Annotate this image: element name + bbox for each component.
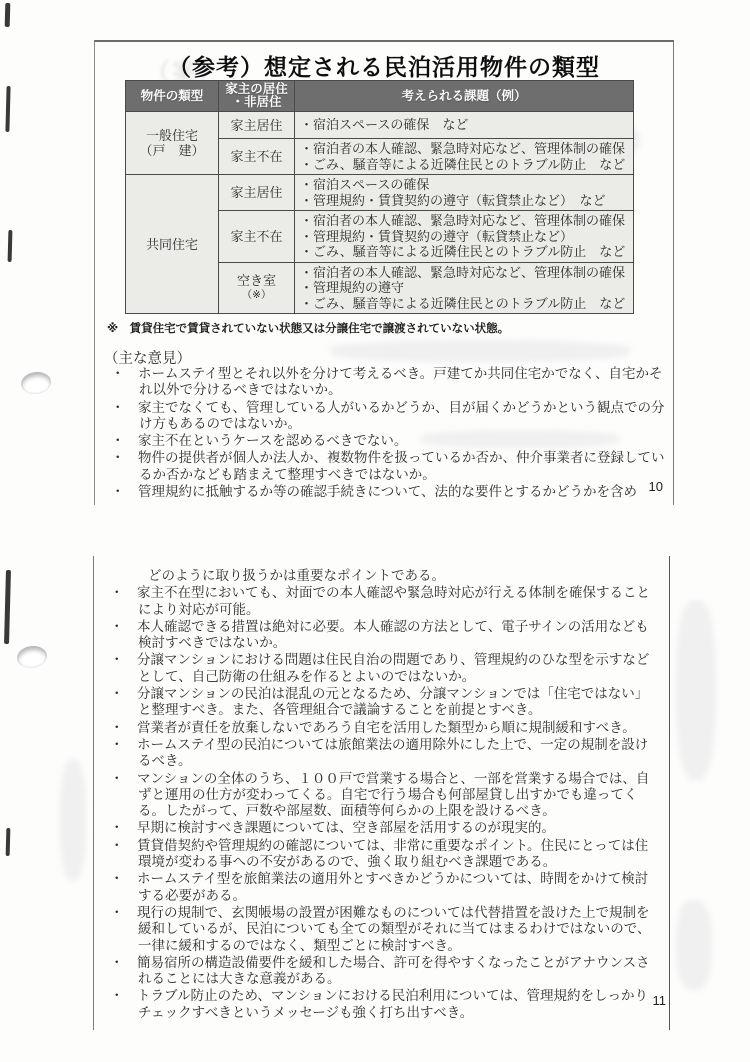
- bleedthrough-smudge: [60, 760, 86, 880]
- column-header: 物件の類型: [126, 81, 219, 112]
- table-footnote: ※ 賃貸住宅で賃貸されていない状態又は分譲住宅で譲渡されていない状態。: [107, 320, 509, 336]
- column-header: 家主の居住 ・非居住: [219, 81, 295, 112]
- category-cell: 一般住宅（戸 建）: [126, 112, 219, 175]
- scan-artifact: [4, 570, 11, 644]
- hole-punch: [20, 370, 53, 396]
- opinion-item: ・ トラブル防止のため、マンションにおける民泊利用については、管理規約をしっかり…: [110, 988, 659, 1021]
- opinion-item: ・ 家主不在型においても、対面での本人確認や緊急時対応が行える体制を確保すること…: [110, 585, 659, 618]
- bleedthrough-smudge: [676, 900, 712, 990]
- opinion-item: ・ 早期に検討すべき課題については、空き部屋を活用するのが現実的。: [110, 820, 659, 836]
- page-title: （参考）想定される民泊活用物件の類型: [95, 49, 673, 82]
- page-11: どのように取り扱うかは重要なポイントである。 ・ 家主不在型においても、対面での…: [93, 556, 670, 1030]
- opinion-item: ・ 賃貸借契約や管理規約の確認については、非常に重要なポイント。住民にとっては住…: [110, 838, 659, 871]
- opinion-item: ・ 家主不在というケースを認めるべきでない。: [111, 433, 665, 449]
- opinions-heading: （主な意見）: [104, 347, 191, 368]
- column-header: 考えられる課題（例）: [295, 81, 634, 112]
- scanned-document: （案） （参考）想定される民泊活用物件の類型 物件の類型家主の居住 ・非居住考え…: [0, 0, 750, 1062]
- page-number: 10: [649, 479, 663, 494]
- opinion-item: ・ 簡易宿所の構造設備要件を緩和した場合、許可を得やすくなったことがアナウンスさ…: [110, 955, 659, 988]
- scan-artifact: [5, 86, 10, 132]
- issues-cell: ・宿泊者の本人確認、緊急時対応など、管理体制の確保・管理規約の遵守・ごみ、騒音等…: [295, 262, 634, 314]
- table-row: 共同住宅家主居住・宿泊スペースの確保・管理規約・賃貸契約の遵守（転貸禁止など） …: [126, 175, 634, 211]
- issues-cell: ・宿泊者の本人確認、緊急時対応など、管理体制の確保・管理規約・賃貸契約の遵守（転…: [295, 211, 634, 263]
- residency-cell: 家主不在: [219, 139, 295, 175]
- scan-artifact: [6, 828, 11, 856]
- opinion-continuation: どのように取り扱うかは重要なポイントである。: [110, 568, 659, 584]
- opinion-item: ・ ホームステイ型を旅館業法の適用外とすべきかどうかについては、時間をかけて検討…: [110, 871, 659, 904]
- opinion-item: ・ 物件の提供者が個人か法人か、複数物件を扱っているか否か、仲介事業者に登録して…: [111, 450, 665, 483]
- residency-cell: 家主居住: [219, 112, 295, 139]
- opinion-item: ・ 家主でなくても、管理している人がいるかどうか、目が届くかどうかという観点での…: [111, 400, 665, 433]
- scan-artifact: [5, 3, 11, 27]
- opinion-item: ・ 営業者が責任を放棄しないであろう自宅を活用した類型から順に規制緩和すべき。: [110, 720, 659, 736]
- residency-cell: 家主居住: [219, 175, 295, 211]
- table-header-row: 物件の類型家主の居住 ・非居住考えられる課題（例）: [126, 81, 634, 112]
- opinion-item: ・ 分譲マンションの民泊は混乱の元となるため、分譲マンションでは「住宅ではない」…: [110, 686, 659, 719]
- page-10: （参考）想定される民泊活用物件の類型 物件の類型家主の居住 ・非居住考えられる課…: [94, 40, 674, 505]
- opinion-item: ・ 分譲マンションにおける問題は住民自治の問題であり、管理規約のひな型を示すなど…: [110, 652, 659, 685]
- property-type-table: 物件の類型家主の居住 ・非居住考えられる課題（例） 一般住宅（戸 建）家主居住・…: [125, 80, 634, 314]
- opinion-item: ・ 現行の規制で、玄関帳場の設置が困難なものについては代替措置を設けた上で規制を…: [110, 905, 659, 954]
- issues-cell: ・宿泊者の本人確認、緊急時対応など、管理体制の確保・ごみ、騒音等による近隣住民と…: [295, 139, 634, 175]
- residency-cell: 家主不在: [219, 211, 295, 263]
- residency-cell: 空き室（※）: [219, 262, 295, 314]
- table-row: 一般住宅（戸 建）家主居住・宿泊スペースの確保 など: [126, 112, 634, 139]
- property-type-table-wrap: 物件の類型家主の居住 ・非居住考えられる課題（例） 一般住宅（戸 建）家主居住・…: [125, 80, 634, 314]
- opinions-list-page10: ・ ホームステイ型とそれ以外を分けて考えるべき。戸建てか共同住宅かでなく、自宅か…: [101, 366, 665, 501]
- opinions-list-page11: どのように取り扱うかは重要なポイントである。 ・ 家主不在型においても、対面での…: [100, 568, 659, 1022]
- hole-punch: [16, 644, 49, 670]
- opinion-item: ・ ホームステイ型の民泊については旅館業法の適用除外にした上で、一定の規制を設け…: [110, 737, 659, 770]
- scan-artifact: [8, 230, 13, 262]
- issues-cell: ・宿泊スペースの確保・管理規約・賃貸契約の遵守（転貸禁止など） など: [295, 175, 634, 211]
- opinion-item: ・ ホームステイ型とそれ以外を分けて考えるべき。戸建てか共同住宅かでなく、自宅か…: [111, 366, 665, 399]
- category-cell: 共同住宅: [126, 175, 219, 314]
- opinion-item: ・ マンションの全体のうち、１００戸で営業する場合と、一部を営業する場合では、自…: [110, 771, 659, 820]
- issues-cell: ・宿泊スペースの確保 など: [295, 112, 634, 139]
- bleedthrough-smudge: [676, 600, 716, 780]
- opinion-item: ・ 本人確認できる措置は絶対に必要。本人確認の方法として、電子サインの活用なども…: [110, 619, 659, 652]
- page-number: 11: [653, 993, 667, 1008]
- opinion-item: ・ 管理規約に抵触するか等の確認手続きについて、法的な要件とするかどうかを含め: [111, 484, 665, 500]
